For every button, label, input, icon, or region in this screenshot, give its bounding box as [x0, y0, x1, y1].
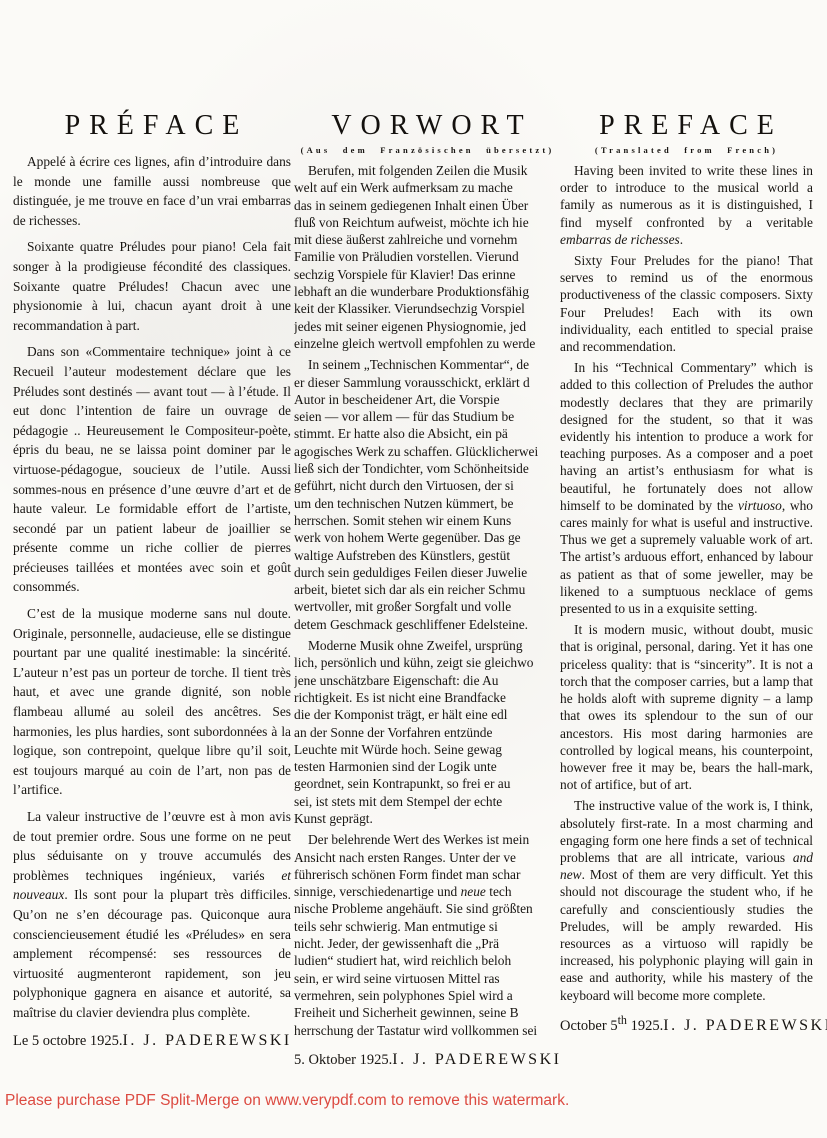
- french-signature-date: Le 5 octobre 1925.: [13, 1033, 123, 1050]
- english-subtitle: (Translated from French): [560, 145, 813, 155]
- column-english: PREFACE (Translated from French) Having …: [560, 110, 813, 1035]
- german-body: Berufen, mit folgenden Zeilen die Musikw…: [294, 162, 561, 1039]
- german-signature: 5. Oktober 1925. I. J. PADEREWSKI: [294, 1051, 561, 1069]
- german-signature-date: 5. Oktober 1925.: [294, 1052, 392, 1069]
- column-german: VORWORT (Aus dem Französischen übersetzt…: [294, 110, 561, 1069]
- german-paragraph: Moderne Musik ohne Zweifel, ursprünglich…: [294, 637, 561, 827]
- french-paragraph: C’est de la musique moderne sans nul dou…: [13, 604, 291, 800]
- watermark-link[interactable]: www.verypdf.com: [265, 1092, 386, 1109]
- german-signature-name: I. J. PADEREWSKI: [392, 1051, 561, 1069]
- french-paragraph: Appelé à écrire ces lignes, afin d’intro…: [13, 152, 291, 230]
- french-paragraph: La valeur instructive de l’œuvre est à m…: [13, 807, 291, 1023]
- pdf-watermark: Please purchase PDF Split-Merge on www.v…: [5, 1092, 825, 1110]
- french-body: Appelé à écrire ces lignes, afin d’intro…: [13, 152, 291, 1023]
- column-french: PRÉFACE Appelé à écrire ces lignes, afin…: [13, 110, 291, 1050]
- scanned-preface-page: PRÉFACE Appelé à écrire ces lignes, afin…: [0, 0, 827, 1138]
- english-paragraph: Sixty Four Preludes for the piano! That …: [560, 252, 813, 355]
- english-body: Having been invited to write these lines…: [560, 162, 813, 1004]
- french-paragraph: Dans son «Commentaire technique» joint à…: [13, 342, 291, 597]
- english-paragraph: Having been invited to write these lines…: [560, 162, 813, 248]
- french-signature-name: I. J. PADEREWSKI: [123, 1032, 292, 1050]
- english-title: PREFACE: [560, 110, 813, 142]
- english-paragraph: In his “Technical Commentary” which is a…: [560, 359, 813, 617]
- watermark-text-after: to remove this watermark.: [387, 1092, 570, 1109]
- french-signature: Le 5 octobre 1925. I. J. PADEREWSKI: [13, 1032, 291, 1050]
- watermark-text-before: Please purchase PDF Split-Merge on: [5, 1092, 265, 1109]
- french-title: PRÉFACE: [13, 110, 291, 142]
- french-paragraph: Soixante quatre Préludes pour piano! Cel…: [13, 237, 291, 335]
- english-signature-date: October 5th 1925.: [560, 1013, 663, 1035]
- german-title: VORWORT: [294, 110, 561, 142]
- english-signature-name: I. J. PADEREWSKI: [663, 1017, 827, 1035]
- english-signature: October 5th 1925. I. J. PADEREWSKI: [560, 1013, 813, 1035]
- german-paragraph: In seinem „Technischen Kommentar“, deer …: [294, 356, 561, 633]
- english-paragraph: The instructive value of the work is, I …: [560, 797, 813, 1003]
- english-paragraph: It is modern music, without doubt, music…: [560, 621, 813, 793]
- german-paragraph: Berufen, mit folgenden Zeilen die Musikw…: [294, 162, 561, 352]
- german-subtitle: (Aus dem Französischen übersetzt): [294, 145, 561, 155]
- german-paragraph: Der belehrende Wert des Werkes ist meinA…: [294, 831, 561, 1039]
